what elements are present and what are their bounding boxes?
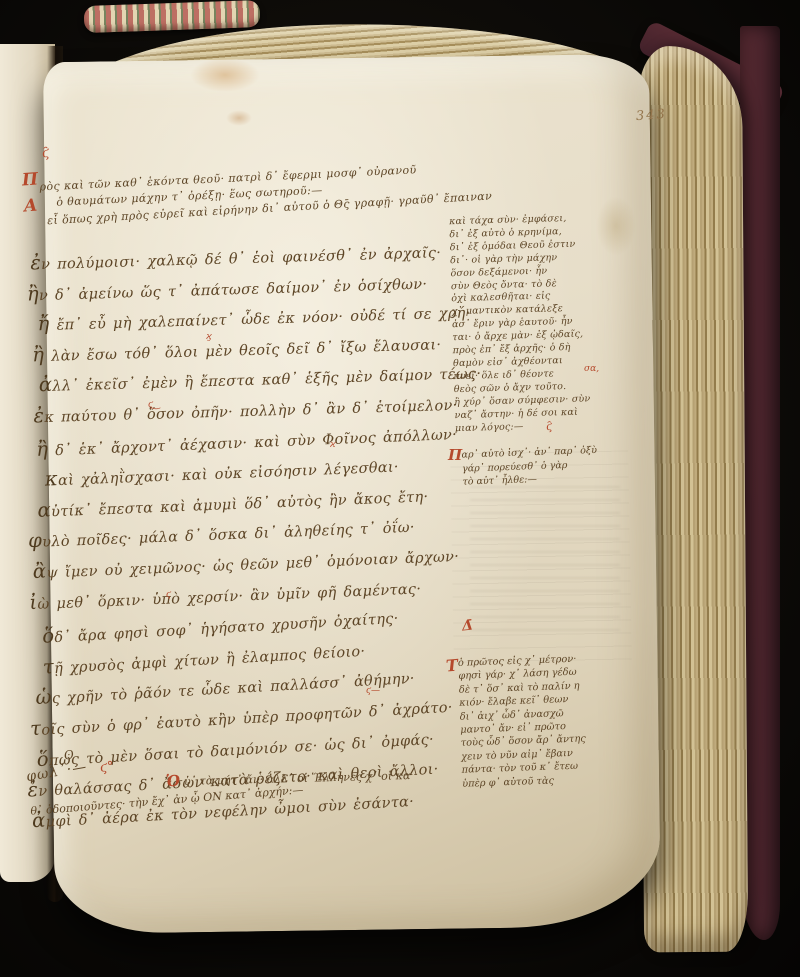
endband xyxy=(84,0,261,33)
red-correction-mark: ϰ xyxy=(330,440,336,450)
margin-note-2: αρ᾿ αὐτὸ ἰσχ᾿· ἀν᾿ παρ᾿ ὀξὺ γάρ᾿ πορεύεσ… xyxy=(461,443,612,489)
rubric-initial-margin-3: Τ xyxy=(445,656,459,676)
margin-note-3: ὁ πρῶτος εἰς χ᾿ μέτρον· φησὶ γάρ· χ᾿ λάσ… xyxy=(458,651,623,791)
parchment-stain xyxy=(190,58,260,92)
margin-note-1: καὶ τάχα σὺν· ἐμφάσει, δι᾿ ἐξ αὐτὸ ὁ κρη… xyxy=(449,212,613,436)
folio-number: 343 xyxy=(636,107,668,124)
parchment-stain xyxy=(226,110,252,126)
rubric-initial-pi-margin: Π xyxy=(448,446,462,464)
red-correction-mark: ϛ‿ xyxy=(148,400,160,410)
footer-red-initial: Ὁ xyxy=(165,772,180,791)
red-delta-siglum: Δ̄ xyxy=(461,617,474,634)
red-correction-mark: ϛ— xyxy=(366,686,380,696)
red-correction-mark: ϗ xyxy=(206,332,212,342)
red-correction-mark: ϛ xyxy=(166,590,171,600)
footer-red-siglum: ϛ° xyxy=(99,759,115,776)
